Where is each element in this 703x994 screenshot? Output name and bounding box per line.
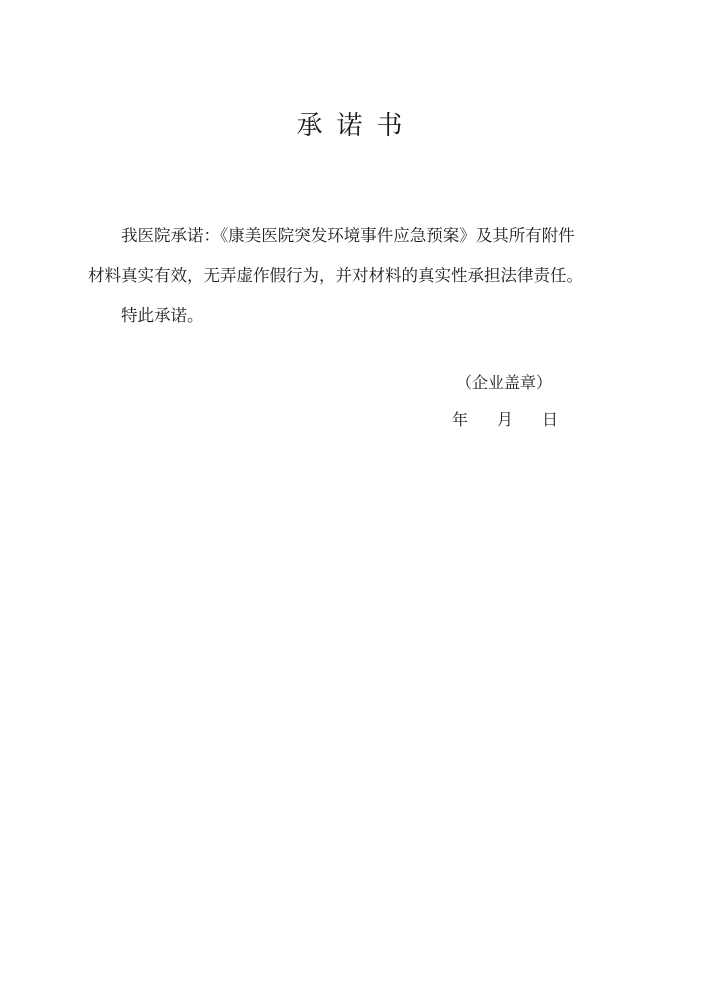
date-year-label: 年	[452, 407, 468, 433]
document-title: 承诺书	[0, 108, 703, 144]
closing-statement: 特此承诺。	[121, 296, 641, 336]
document-page: 承诺书 我医院承诺：《康美医院突发环境事件应急预案》及其所有附件 材料真实有效，…	[0, 0, 703, 994]
company-seal-label: （企业盖章）	[456, 370, 552, 396]
commitment-paragraph-line-1: 我医院承诺：《康美医院突发环境事件应急预案》及其所有附件	[88, 216, 608, 256]
date-month-label: 月	[497, 407, 513, 433]
commitment-paragraph-line-2: 材料真实有效，无弄虚作假行为，并对材料的真实性承担法律责任。	[88, 256, 608, 296]
signature-date: 年月日	[452, 407, 558, 433]
date-day-label: 日	[542, 407, 558, 433]
